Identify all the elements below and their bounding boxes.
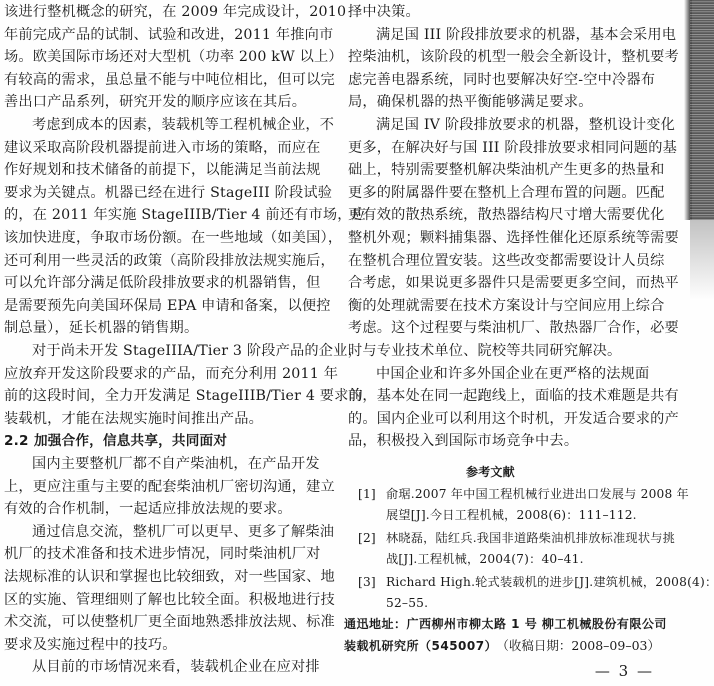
text-line: 场。欧美国际市场还对大型机（功率 200 kW 以上） xyxy=(4,47,343,67)
paragraph-start: 考虑到成本的因素，装载机等工程机械企业，不 xyxy=(4,115,334,135)
text-line: 有较高的需求，虽总量不能与中吨位相比，但可以完 xyxy=(4,70,335,90)
text-line: 术交流，可以使整机厂更全面地熟悉排放法规、标准 xyxy=(4,612,335,632)
text-line: 区的实施、管理细则了解也比较全面。积极地进行技 xyxy=(4,590,335,610)
reference-tag: [3] xyxy=(358,572,386,592)
text-line: 上，更应注重与主要的配套柴油机厂密切沟通，建立 xyxy=(4,477,335,497)
paragraph-start: 满足国 IV 阶段排放要求的机器，整机设计变化 xyxy=(348,115,675,135)
text-line: 局，确保机器的热平衡能够满足要求。 xyxy=(348,92,593,112)
text-line: 年前完成产品的试制、试验和改进，2011 年推向市 xyxy=(4,25,333,45)
text-line: 础上，特别需要整机解决柴油机产生更多的热量和 xyxy=(348,160,665,180)
paragraph-start: 中国企业和许多外国企业在更严格的法规面 xyxy=(348,364,649,384)
text-line: 是需要预先向美国环保局 EPA 申请和备案，以便控 xyxy=(4,296,331,316)
text-line: 要求为关键点。机器已经在进行 StageIII 阶段试验 xyxy=(4,183,332,203)
reference-text-continued: 展望[J].今日工程机械，2008(6)：111–112. xyxy=(358,505,637,525)
paragraph-start: 通过信息交流，整机厂可以更早、更多了解柴油 xyxy=(4,522,334,542)
text-line: 该进行整机概念的研究，在 2009 年完成设计，2010 xyxy=(4,2,346,22)
reference-item: [3]Richard High.轮式装载机的进步[J].建筑机械，2008(4)… xyxy=(358,572,714,592)
text-line: 考虑。这个过程要与柴油机厂、散热器厂合作，必要 xyxy=(348,318,679,338)
text-line: 时与专业技术单位、院校等共同研究解决。 xyxy=(348,341,621,361)
reference-text: Richard High.轮式装载机的进步[J].建筑机械，2008(4)： xyxy=(386,575,714,589)
page-binding-fade xyxy=(690,220,714,300)
text-line: 更有效的散热系统，散热器结构尺寸增大需要优化 xyxy=(348,205,665,225)
section-title: 加强合作，信息共享，共同面对 xyxy=(34,433,227,449)
text-line: 有效的合作机制，一起适应排放法规的要求。 xyxy=(4,499,292,519)
page-binding-shadow xyxy=(690,0,714,220)
page-number: — 3 — xyxy=(595,662,654,680)
section-number: 2.2 xyxy=(4,431,34,451)
text-line: 的。国内企业可以利用这个时机，开发适合要求的产 xyxy=(348,409,679,429)
text-line: 要求及实施过程中的技巧。 xyxy=(4,635,177,655)
paragraph-start: 对于尚未开发 StageIIIA/Tier 3 阶段产品的企业， xyxy=(4,341,362,361)
text-line: 虑完善电器系统，同时也要解决好空-空中冷器布 xyxy=(348,70,655,90)
paragraph-start: 国内主要整机厂都不自产柴油机，在产品开发 xyxy=(4,454,320,474)
text-line: 衡的处理就需要在技术方案设计与空间应用上综合 xyxy=(348,296,665,316)
text-line: 品，积极投入到国际市场竞争中去。 xyxy=(348,431,578,451)
paragraph-start: 满足国 III 阶段排放要求的机器，基本会采用电 xyxy=(348,25,676,45)
received-date: （收稿日期：2008–09–03） xyxy=(496,636,660,656)
text-line: 法规标准的认识和掌握也比较细致，对一些国家、地 xyxy=(4,567,335,587)
text-line: 应放弃开发这阶段要求的产品，而充分利用 2011 年 xyxy=(4,364,338,384)
text-line: 在整机合理位置安装。这些改变都需要设计人员综 xyxy=(348,251,665,271)
reference-item: [2]林晓磊，陆红兵.我国非道路柴油机排放标准现状与挑 xyxy=(358,528,675,548)
text-line: 更多，在解决好与国 III 阶段排放要求相同问题的基 xyxy=(348,138,677,158)
text-line: 的，在 2011 年实施 StageIIIB/Tier 4 前还有市场，应 xyxy=(4,205,366,225)
text-line: 机厂的技术准备和技术进步情况，同时柴油机厂对 xyxy=(4,544,321,564)
text-line: 该加快进度，争取市场份额。在一些地域（如美国）， xyxy=(4,228,342,248)
reference-text: 俞琚.2007 年中国工程机械行业进出口发展与 2008 年 xyxy=(386,487,689,501)
references-title: 参考文献 xyxy=(466,462,515,482)
text-line: 可以允许部分满足低阶段排放要求的机器销售，但 xyxy=(4,273,321,293)
text-line: 前，基本处在同一起跑线上，面临的技术难题是共有 xyxy=(348,386,679,406)
reference-item: [1]俞琚.2007 年中国工程机械行业进出口发展与 2008 年 xyxy=(358,484,689,504)
reference-text-continued: 52–55. xyxy=(358,593,428,613)
reference-tag: [2] xyxy=(358,528,386,548)
reference-tag: [1] xyxy=(358,484,386,504)
section-heading: 2.2加强合作，信息共享，共同面对 xyxy=(4,431,227,451)
text-line: 善出口产品系列，研究开发的顺序应该在其后。 xyxy=(4,92,306,112)
reference-text: 林晓磊，陆红兵.我国非道路柴油机排放标准现状与挑 xyxy=(386,531,675,545)
author-institute: 装载机研究所（545007）（收稿日期：2008–09–03） xyxy=(344,636,660,656)
text-line: 装载机，才能在法规实施时间推出产品。 xyxy=(4,409,263,429)
text-line: 更多的附属器件要在整机上合理布置的问题。匹配 xyxy=(348,183,665,203)
text-line: 还可利用一些灵活的政策（高阶段排放法规实施后， xyxy=(4,251,335,271)
text-line: 制总量），延长机器的销售期。 xyxy=(4,318,198,338)
text-line: 整机外观；颗料捕集器、选择性催化还原系统等需要 xyxy=(348,228,679,248)
text-line: 择中决策。 xyxy=(348,2,420,22)
text-line: 作好规划和技术储备的前提下，以能满足当前法规 xyxy=(4,160,321,180)
reference-text-continued: 战[J].工程机械，2004(7)：40–41. xyxy=(358,549,584,569)
institute-text: 装载机研究所（545007） xyxy=(344,639,497,653)
paragraph-start: 从目前的市场情况来看，装载机企业在应对排 xyxy=(4,657,320,677)
text-line: 控柴油机，该阶段的机型一般会全新设计，整机要考 xyxy=(348,47,679,67)
text-line: 前的这段时间，全力开发满足 StageIIIB/Tier 4 要求的 xyxy=(4,386,363,406)
author-address: 通迅地址：广西柳州市柳太路 1 号 柳工机械股份有限公司 xyxy=(344,614,667,634)
text-line: 合考虑，如果说更多器件只是需要更多空间，而热平 xyxy=(348,273,679,293)
text-line: 建议采取高阶段机器提前进入市场的策略，而应在 xyxy=(4,138,321,158)
